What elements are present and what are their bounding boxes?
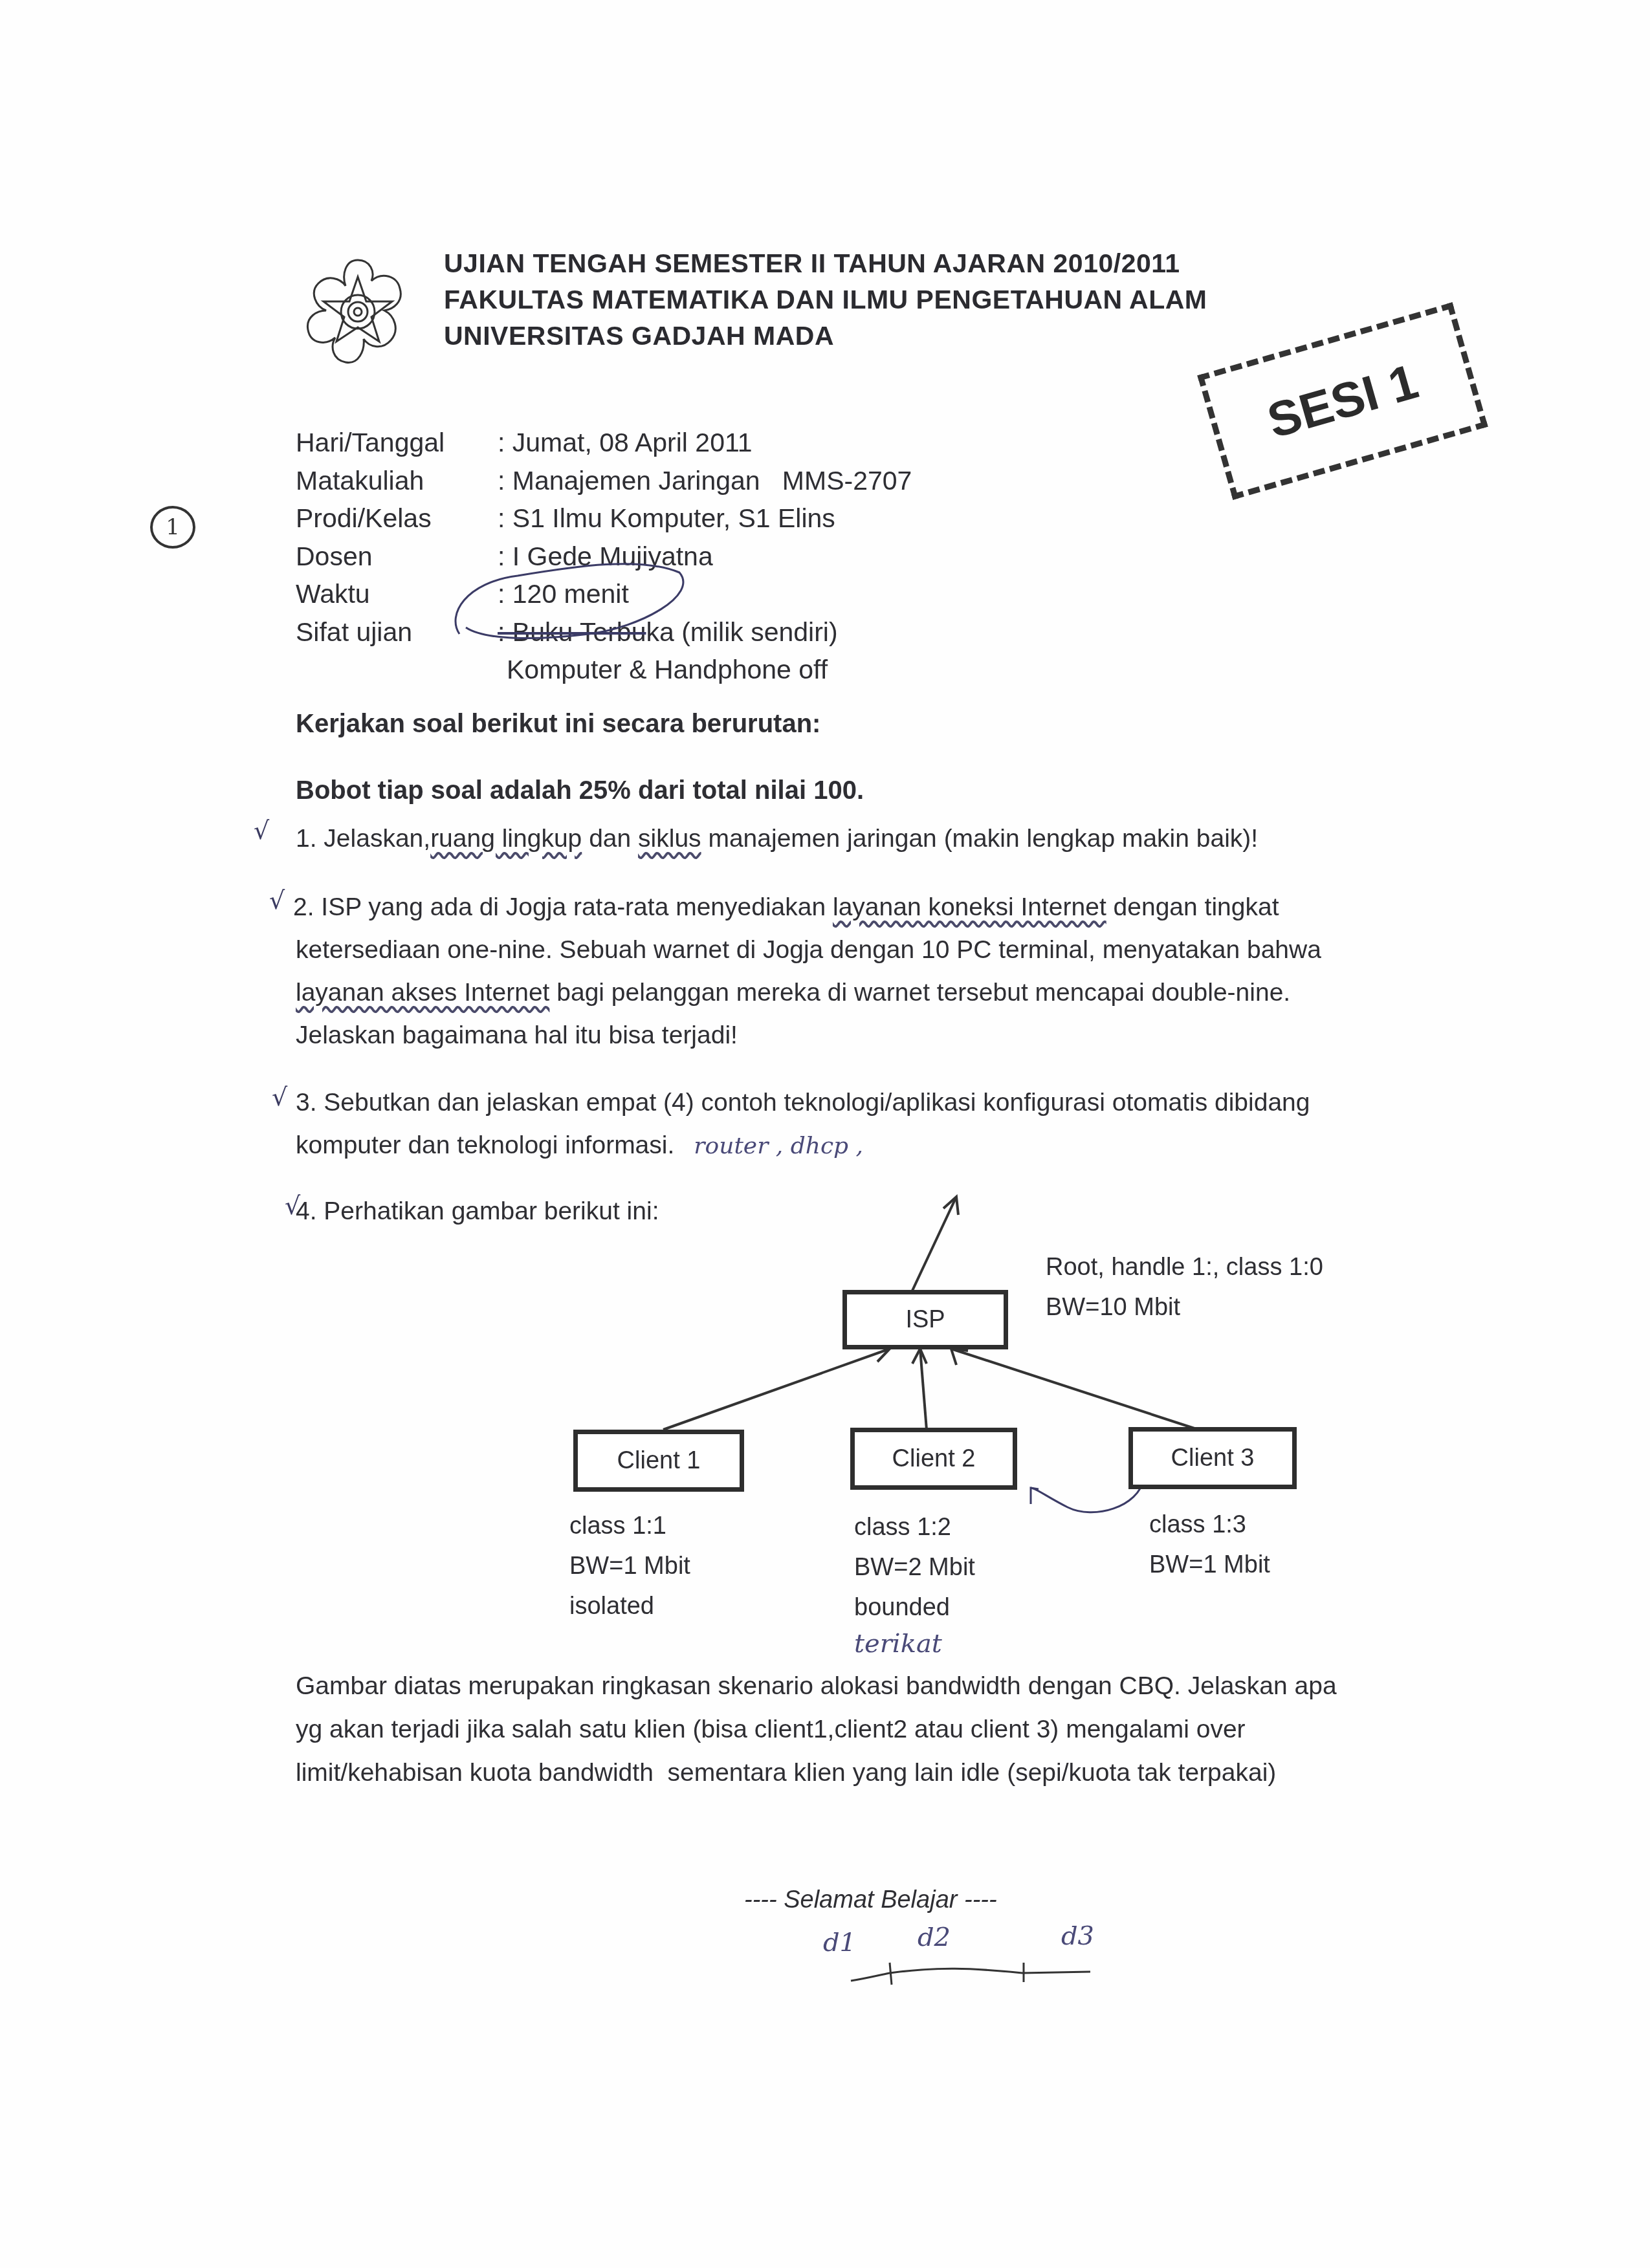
- info-label: [296, 651, 498, 689]
- question-4: 4. Perhatikan gambar berikut ini:: [296, 1190, 1486, 1233]
- isp-node-label: ISP: [905, 1306, 945, 1334]
- client-1-info: class 1:1 BW=1 Mbit isolated: [569, 1506, 690, 1626]
- client-class: class 1:3: [1149, 1505, 1270, 1545]
- handwritten-d2: d2: [918, 1923, 951, 1952]
- client-3-node: Client 3: [1128, 1427, 1297, 1489]
- q2-text: ketersediaan one-nine. Sebuah warnet di …: [296, 929, 1486, 972]
- check-mark-icon: √: [254, 816, 269, 845]
- instruction-weight: Bobot tiap soal adalah 25% dari total ni…: [296, 776, 864, 805]
- client-3-label: Client 3: [1171, 1445, 1255, 1472]
- info-label: Matakuliah: [296, 462, 498, 500]
- q1-text: dan: [582, 825, 638, 853]
- q3-text: komputer dan teknologi informasi.: [296, 1131, 674, 1159]
- handwritten-note: terikat: [854, 1628, 975, 1660]
- q4-text: Gambar diatas merupakan ringkasan skenar…: [296, 1664, 1486, 1708]
- q1-underlined-cycle: siklus: [638, 825, 701, 853]
- handwritten-answer: router , dhcp ,: [694, 1133, 863, 1159]
- info-value: : Jumat, 08 April 2011: [498, 424, 753, 462]
- q3-text: 3. Sebutkan dan jelaskan empat (4) conto…: [296, 1082, 1486, 1124]
- question-4-body: Gambar diatas merupakan ringkasan skenar…: [296, 1664, 1486, 1794]
- check-mark-icon: √: [269, 886, 285, 915]
- question-3: 3. Sebutkan dan jelaskan empat (4) conto…: [296, 1082, 1486, 1168]
- root-class-info: Root, handle 1:, class 1:0: [1046, 1247, 1323, 1287]
- q4-text: yg akan terjadi jika salah satu klien (b…: [296, 1708, 1486, 1751]
- check-mark-icon: √: [272, 1083, 287, 1111]
- isp-node: ISP: [842, 1290, 1008, 1349]
- handwritten-d3: d3: [1061, 1921, 1094, 1951]
- q2-text: 2. ISP yang ada di Jogja rata-rata menye…: [293, 893, 833, 921]
- client-2-node: Client 2: [850, 1428, 1017, 1490]
- university-title: UNIVERSITAS GADJAH MADA: [444, 320, 834, 352]
- instruction-order: Kerjakan soal berikut ini secara berurut…: [296, 710, 820, 739]
- q2-underlined-access: layanan akses Internet: [296, 979, 549, 1007]
- exam-title: UJIAN TENGAH SEMESTER II TAHUN AJARAN 20…: [444, 247, 1180, 279]
- q1-text: manajemen jaringan (makin lengkap makin …: [701, 825, 1259, 853]
- q2-text: dengan tingkat: [1106, 893, 1279, 921]
- info-value: Komputer & Handphone off: [498, 651, 828, 689]
- client-bandwidth: BW=1 Mbit: [569, 1546, 690, 1586]
- q4-text: 4. Perhatikan gambar berikut ini:: [296, 1197, 659, 1225]
- page-mark: 1: [150, 506, 195, 549]
- q1-text: 1. Jelaskan,: [296, 825, 430, 853]
- q2-text: Jelaskan bagaimana hal itu bisa terjadi!: [296, 1014, 1486, 1057]
- info-row-course: Matakuliah: Manajemen Jaringan MMS-2707: [296, 462, 912, 500]
- question-1: 1. Jelaskan,ruang lingkup dan siklus man…: [296, 818, 1486, 860]
- root-info: Root, handle 1:, class 1:0 BW=10 Mbit: [1046, 1247, 1323, 1327]
- handwritten-loop-mark: [446, 556, 692, 647]
- handwritten-timeline: [841, 1954, 1100, 1992]
- session-stamp: SESI 1: [1197, 302, 1488, 499]
- client-3-info: class 1:3 BW=1 Mbit: [1149, 1505, 1270, 1585]
- client-bandwidth: BW=1 Mbit: [1149, 1545, 1270, 1585]
- client-class: class 1:2: [854, 1507, 975, 1547]
- q4-text: limit/kehabisan kuota bandwidth sementar…: [296, 1751, 1486, 1794]
- info-row-devices: Komputer & Handphone off: [296, 651, 912, 689]
- university-seal-icon: [299, 256, 417, 370]
- session-stamp-text: SESI 1: [1261, 353, 1424, 450]
- client-2-info: class 1:2 BW=2 Mbit bounded terikat: [854, 1507, 975, 1660]
- info-label: Prodi/Kelas: [296, 499, 498, 538]
- client-1-node: Client 1: [573, 1430, 744, 1492]
- closing-message: ---- Selamat Belajar ----: [744, 1886, 997, 1914]
- info-value: : S1 Ilmu Komputer, S1 Elins: [498, 499, 835, 538]
- page-mark-number: 1: [166, 514, 180, 540]
- q2-underlined-connection: layanan koneksi Internet: [833, 893, 1106, 921]
- info-value: : Manajemen Jaringan MMS-2707: [498, 462, 912, 500]
- info-row-date: Hari/Tanggal: Jumat, 08 April 2011: [296, 424, 912, 462]
- root-bandwidth: BW=10 Mbit: [1046, 1287, 1323, 1327]
- q1-underlined-scope: ruang lingkup: [430, 825, 582, 853]
- client-bandwidth: BW=2 Mbit: [854, 1547, 975, 1587]
- client-2-label: Client 2: [892, 1445, 976, 1473]
- q2-text: bagi pelanggan mereka di warnet tersebut…: [549, 979, 1290, 1007]
- faculty-title: FAKULTAS MATEMATIKA DAN ILMU PENGETAHUAN…: [444, 283, 1207, 316]
- info-label: Hari/Tanggal: [296, 424, 498, 462]
- client-mode: bounded: [854, 1587, 975, 1628]
- info-row-program: Prodi/Kelas: S1 Ilmu Komputer, S1 Elins: [296, 499, 912, 538]
- client-class: class 1:1: [569, 1506, 690, 1546]
- question-2: 2. ISP yang ada di Jogja rata-rata menye…: [296, 886, 1486, 1057]
- client-1-label: Client 1: [617, 1447, 701, 1475]
- client-mode: isolated: [569, 1586, 690, 1626]
